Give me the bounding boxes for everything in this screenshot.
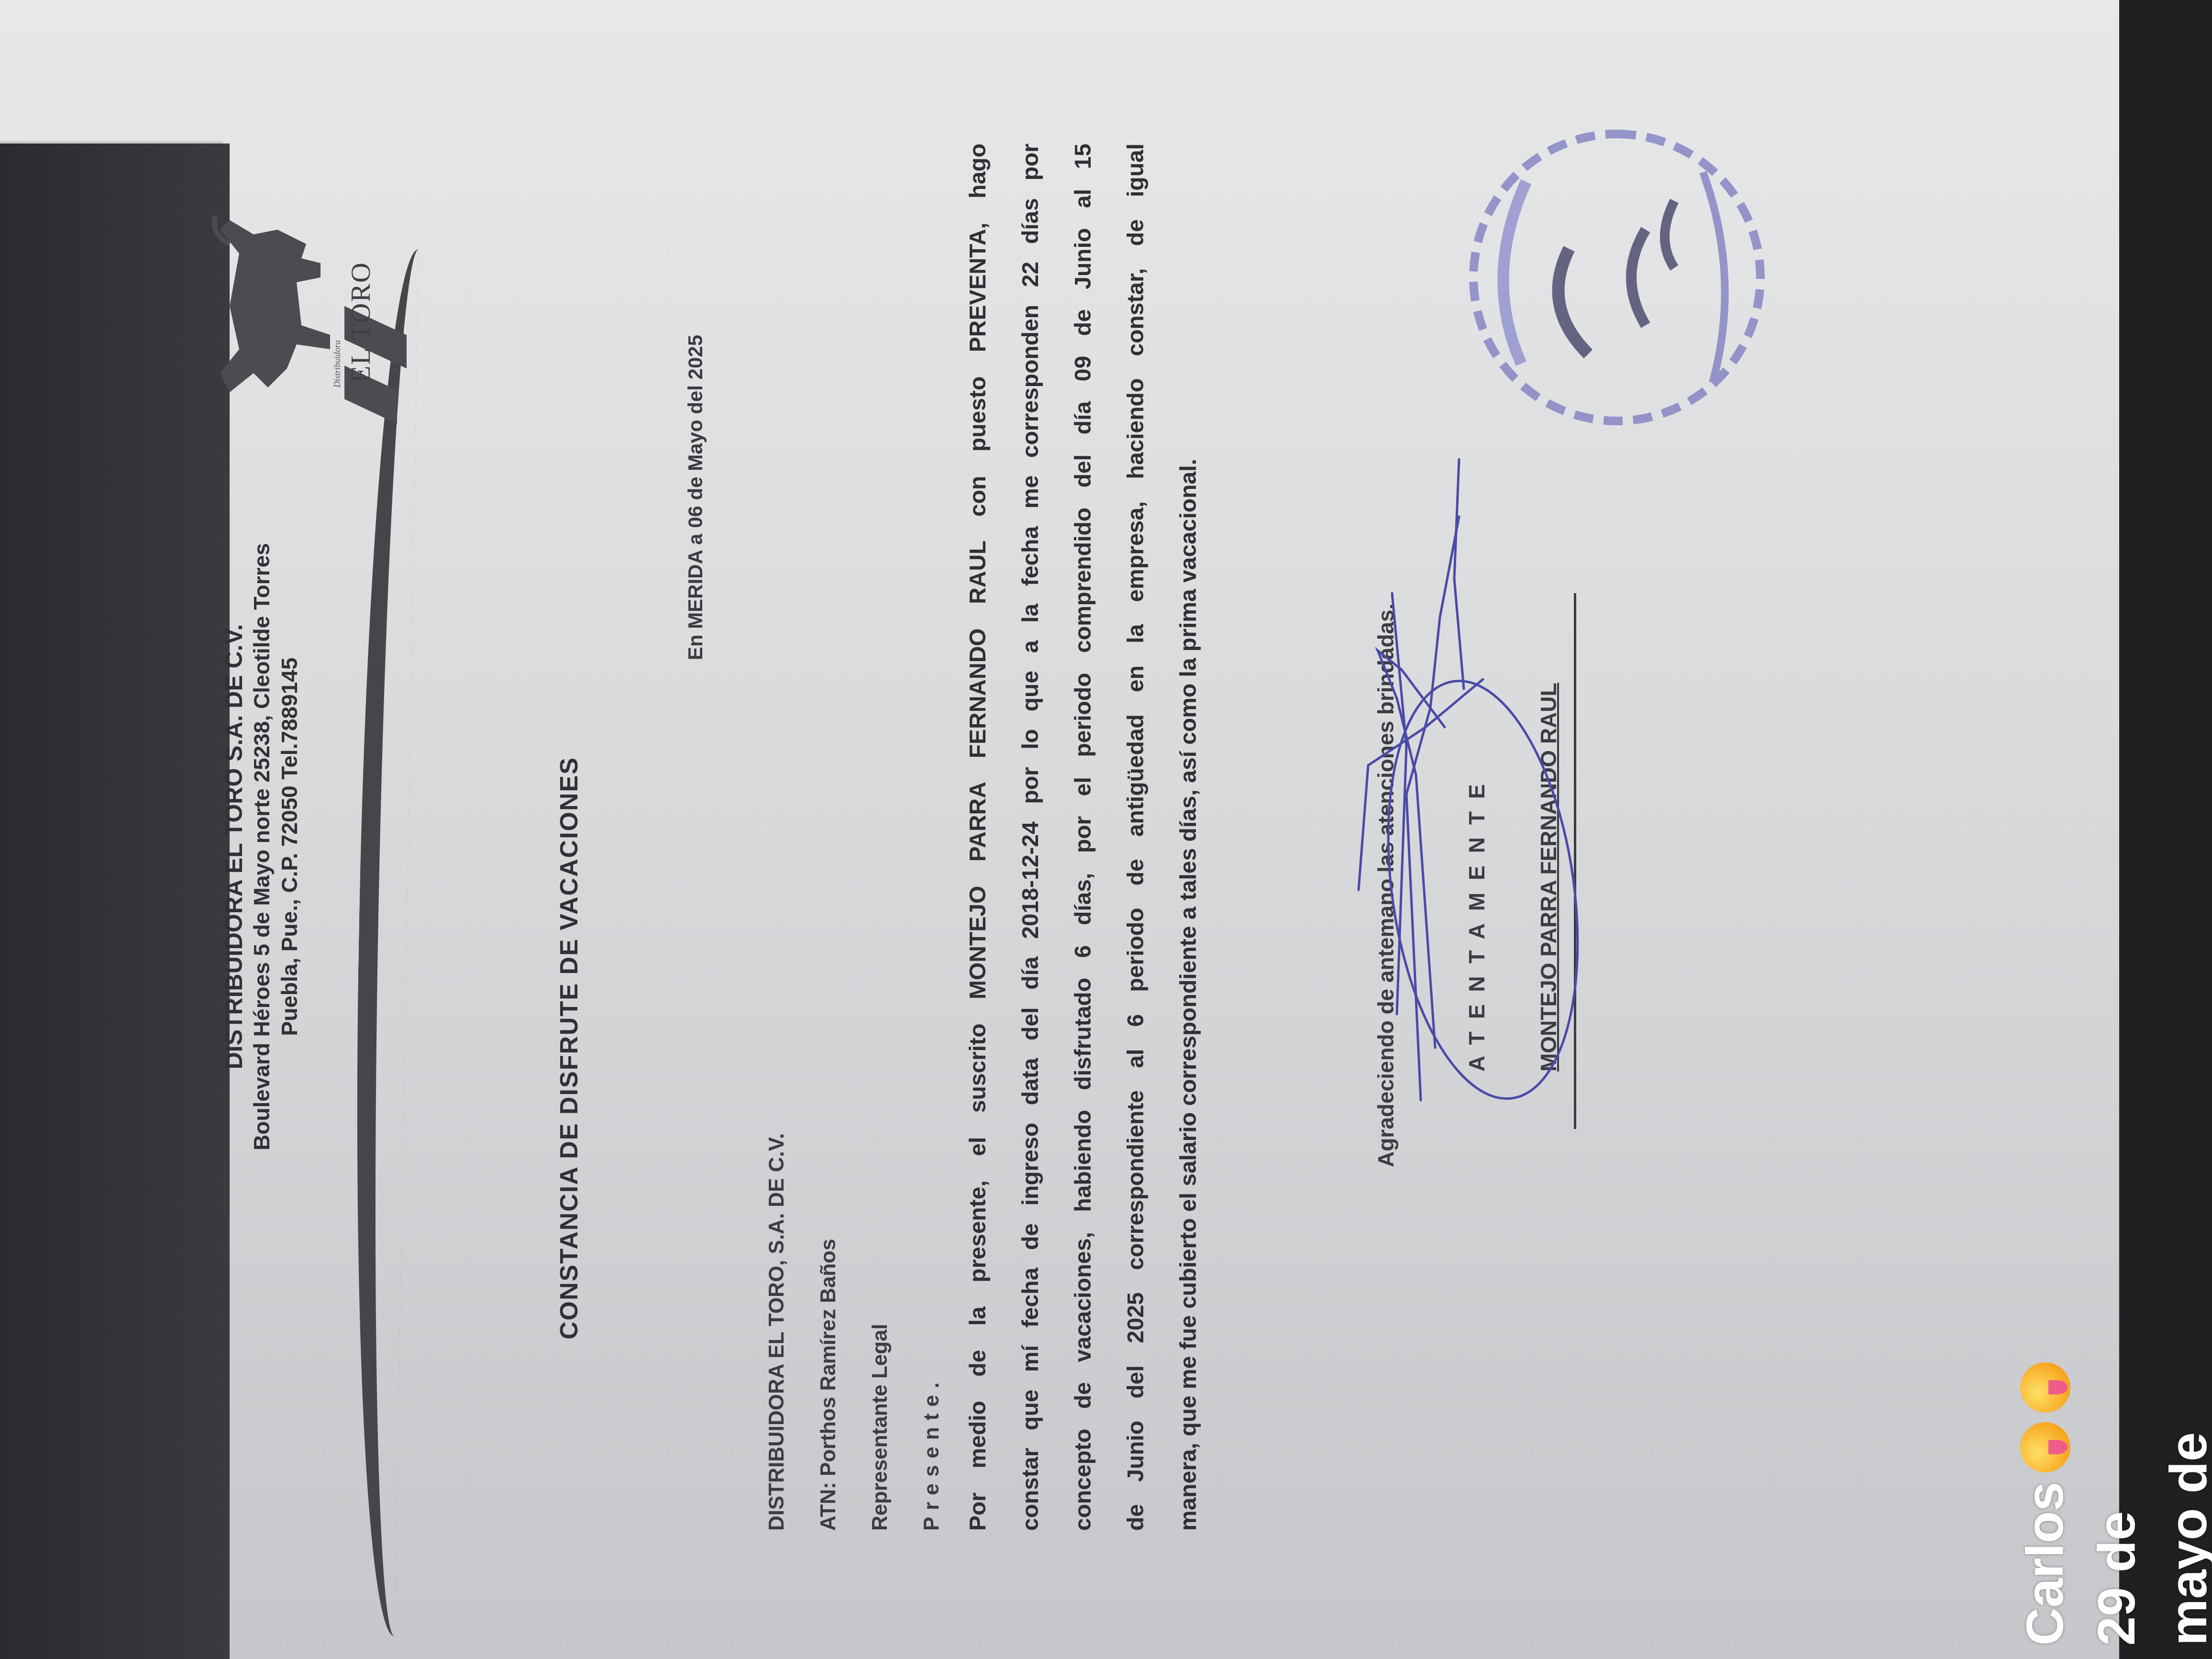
overlay-author-row: Carlos [2009,1362,2081,1646]
company-name: DISTRIBUIDORA EL TORO S.A. DE C.V. [220,488,248,1206]
logo-small-text: Distribuidora [332,340,343,387]
body-line: concepto de vacaciones, habiendo disfrut… [1057,144,1110,1531]
company-stamp-icon [1445,105,1789,450]
addressee-company: DISTRIBUIDORA EL TORO, S.A. DE C.V. [751,1133,803,1531]
body-line: manera, que me fue cubierto el salario c… [1162,144,1215,1531]
logo-text: EL TORO [344,262,376,383]
body-paragraph: Por medio de la presente, el suscrito MO… [952,144,1215,1531]
dark-background [0,144,230,1659]
company-address-1: Boulevard Héroes 5 de Mayo norte 25238, … [248,488,276,1206]
overlay-timestamp: 29 de mayo de 2025 9:33 a. m. [2081,1362,2212,1646]
body-line: Por medio de la presente, el suscrito MO… [952,144,1005,1531]
addressee-greeting: Presente. [906,1133,958,1531]
zany-face-emoji-icon [2020,1422,2070,1472]
body-line: de Junio del 2025 correspondiente al 6 p… [1110,144,1162,1531]
document: DISTRIBUIDORA EL TORO S.A. DE C.V. Boule… [201,57,1636,1636]
addressee-role: Representante Legal [854,1133,906,1531]
body-line: constar que mí fecha de ingreso data del… [1005,144,1057,1531]
winking-tongue-emoji-icon [2020,1362,2070,1413]
company-address-2: Puebla, Pue., C.P. 72050 Tel.7889145 [276,488,303,1206]
handwritten-signature-icon [1339,440,1607,1158]
addressee-attn: ATN: Porthos Ramírez Baños [803,1133,854,1531]
overlay-author: Carlos [2009,1482,2081,1646]
letterhead-band [347,248,419,1636]
document-title: CONSTANCIA DE DISFRUTE DE VACACIONES [555,757,584,1339]
letterhead-company: DISTRIBUIDORA EL TORO S.A. DE C.V. Boule… [220,488,303,1206]
place-date: En MERIDA a 06 de Mayo del 2025 [684,335,707,660]
addressee-block: DISTRIBUIDORA EL TORO, S.A. DE C.V. ATN:… [751,1133,958,1531]
photo-overlay: Carlos 29 de mayo de 2025 9:33 a. m. [2009,1362,2212,1646]
